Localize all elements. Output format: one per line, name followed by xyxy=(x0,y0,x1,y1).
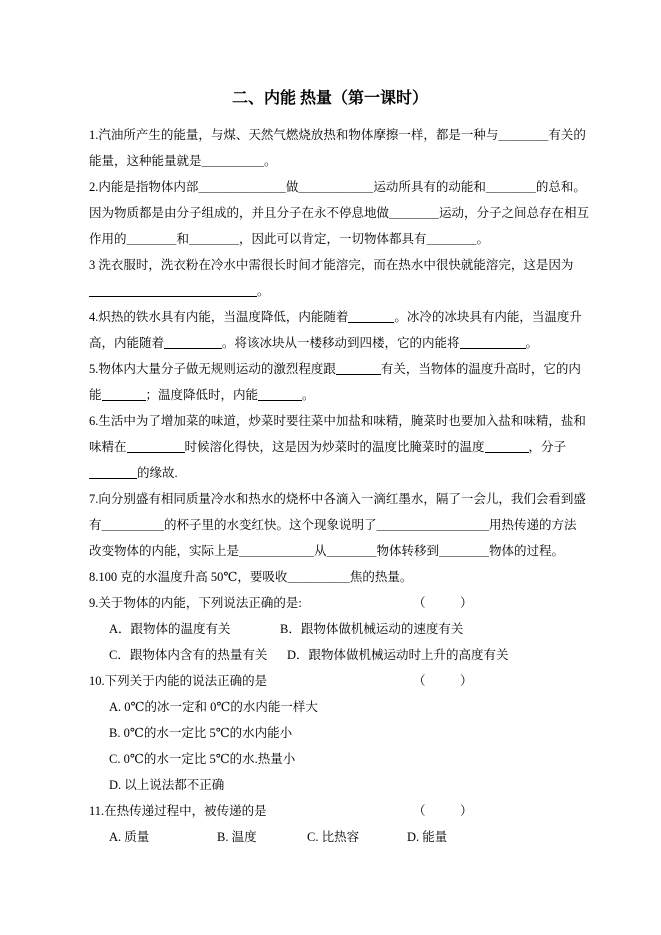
blank-answer-line xyxy=(460,334,526,349)
answer-parens-open: （ xyxy=(413,590,426,616)
question-text: 。 xyxy=(302,388,315,402)
question-4-line-1: 4.炽热的铁水具有内能，当温度降低，内能随着。冰冷的冰块具有内能，当温度升 xyxy=(89,304,571,330)
question-text: 味精在 xyxy=(89,440,127,454)
question-text: 能 xyxy=(89,388,102,402)
question-text: 10.下列关于内能的说法正确的是 xyxy=(89,674,267,688)
question-6-line-3: 的缘故. xyxy=(89,460,571,486)
question-text: 。 xyxy=(257,284,270,298)
question-text: 11.在热传递过程中，被传递的是 xyxy=(89,804,267,818)
question-4: 4.炽热的铁水具有内能，当温度降低，内能随着。冰冷的冰块具有内能，当温度升高，内… xyxy=(89,304,571,356)
question-5: 5.物体内大量分子做无规则运动的激烈程度跟有关，当物体的温度升高时，它的内能；温… xyxy=(89,356,571,408)
question-text: 1.汽油所产生的能量，与煤、天然气燃烧放热和物体摩擦一样，都是一种与＿＿＿＿有关… xyxy=(89,128,586,142)
answer-parens-close: ） xyxy=(460,590,473,616)
blank-answer-line xyxy=(164,334,222,349)
option-d: D．跟物体做机械运动时上升的高度有关 xyxy=(287,642,509,668)
question-text: 因为物质都是由分子组成的，并且分子在永不停息地做＿＿＿＿运动，分子之间总存在相互 xyxy=(89,206,589,220)
option-b: B. 0℃的水一定比 5℃的水内能小 xyxy=(109,720,292,746)
question-text: 4.炽热的铁水具有内能，当温度降低，内能随着 xyxy=(89,310,348,324)
option-a: A. 0℃的冰一定和 0℃的水内能一样大 xyxy=(109,694,318,720)
question-1-line-2: 能量，这种能量就是＿＿＿＿＿。 xyxy=(89,148,571,174)
question-3-line-1: 3 洗衣服时，洗衣粉在冷水中需很长时间才能溶完，而在热水中很快就能溶完，这是因为 xyxy=(89,252,571,278)
question-2: 2.内能是指物体内部＿＿＿＿＿＿＿做＿＿＿＿＿＿运动所具有的动能和＿＿＿＿的总和… xyxy=(89,174,571,252)
question-text: ，分子 xyxy=(529,440,567,454)
blank-answer-line xyxy=(89,464,137,479)
option-a: A. 质量 xyxy=(109,824,149,850)
option-c: C. 比热容 xyxy=(307,824,359,850)
question-text: 6.生活中为了增加菜的味道，炒菜时要往菜中加盐和味精，腌菜时也要加入盐和味精，盐… xyxy=(89,414,586,428)
question-1: 1.汽油所产生的能量，与煤、天然气燃烧放热和物体摩擦一样，都是一种与＿＿＿＿有关… xyxy=(89,122,571,174)
blank-answer-line xyxy=(348,308,394,323)
question-10-line-2: A. 0℃的冰一定和 0℃的水内能一样大 xyxy=(89,694,571,720)
question-7: 7.向分别盛有相同质量冷水和热水的烧杯中各滴入一滴红墨水，隔了一会儿，我们会看到… xyxy=(89,486,571,564)
question-text: 。将该冰块从一楼移动到四楼，它的内能将 xyxy=(222,336,460,350)
question-text: 5.物体内大量分子做无规则运动的激烈程度跟 xyxy=(89,362,336,376)
option-c: C. 0℃的水一定比 5℃的水.热量小 xyxy=(109,746,295,772)
answer-parens-open: （ xyxy=(413,668,426,694)
question-2-line-1: 2.内能是指物体内部＿＿＿＿＿＿＿做＿＿＿＿＿＿运动所具有的动能和＿＿＿＿的总和… xyxy=(89,174,571,200)
option-d: D. 能量 xyxy=(407,824,447,850)
question-text: 有关，当物体的温度升高时，它的内 xyxy=(381,362,581,376)
blank-answer-line xyxy=(485,438,529,453)
question-text: ；温度降低时，内能 xyxy=(146,388,259,402)
question-7-line-1: 7.向分别盛有相同质量冷水和热水的烧杯中各滴入一滴红墨水，隔了一会儿，我们会看到… xyxy=(89,486,571,512)
questions: 1.汽油所产生的能量，与煤、天然气燃烧放热和物体摩擦一样，都是一种与＿＿＿＿有关… xyxy=(89,122,571,850)
answer-parens-close: ） xyxy=(460,798,473,824)
question-1-line-1: 1.汽油所产生的能量，与煤、天然气燃烧放热和物体摩擦一样，都是一种与＿＿＿＿有关… xyxy=(89,122,571,148)
blank-answer-line xyxy=(89,282,257,297)
question-10-line-4: C. 0℃的水一定比 5℃的水.热量小 xyxy=(89,746,571,772)
question-5-line-2: 能；温度降低时，内能。 xyxy=(89,382,571,408)
option-b: B. 温度 xyxy=(217,824,257,850)
question-text: 。冰冷的冰块具有内能，当温度升 xyxy=(394,310,582,324)
question-text: 9.关于物体的内能，下列说法正确的是: xyxy=(89,596,302,610)
question-4-line-2: 高，内能随着。将该冰块从一楼移动到四楼，它的内能将。 xyxy=(89,330,571,356)
question-3: 3 洗衣服时，洗衣粉在冷水中需很长时间才能溶完，而在热水中很快就能溶完，这是因为… xyxy=(89,252,571,304)
question-text: 的缘故. xyxy=(137,466,178,480)
question-text: 2.内能是指物体内部＿＿＿＿＿＿＿做＿＿＿＿＿＿运动所具有的动能和＿＿＿＿的总和… xyxy=(89,180,586,194)
question-11-line-2: A. 质量B. 温度C. 比热容D. 能量 xyxy=(89,824,571,850)
question-text: 作用的＿＿＿＿和＿＿＿＿，因此可以肯定，一切物体都具有＿＿＿＿。 xyxy=(89,232,489,246)
question-3-line-2: 。 xyxy=(89,278,571,304)
question-text: 。 xyxy=(526,336,539,350)
question-6: 6.生活中为了增加菜的味道，炒菜时要往菜中加盐和味精，腌菜时也要加入盐和味精，盐… xyxy=(89,408,571,486)
option-b: B．跟物体做机械运动的速度有关 xyxy=(280,616,463,642)
question-text: 改变物体的内能，实际上是＿＿＿＿＿＿从＿＿＿＿物体转移到＿＿＿＿物体的过程。 xyxy=(89,544,564,558)
option-a: A．跟物体的温度有关 xyxy=(109,616,231,642)
worksheet-page: 二、内能 热量（第一课时） 1.汽油所产生的能量，与煤、天然气燃烧放热和物体摩擦… xyxy=(0,0,661,935)
option-d: D. 以上说法都不正确 xyxy=(109,772,224,798)
question-7-line-3: 改变物体的内能，实际上是＿＿＿＿＿＿从＿＿＿＿物体转移到＿＿＿＿物体的过程。 xyxy=(89,538,571,564)
question-9-line-1: 9.关于物体的内能，下列说法正确的是:（） xyxy=(89,590,571,616)
question-2-line-3: 作用的＿＿＿＿和＿＿＿＿，因此可以肯定，一切物体都具有＿＿＿＿。 xyxy=(89,226,571,252)
question-6-line-2: 味精在时候溶化得快，这是因为炒菜时的温度比腌菜时的温度，分子 xyxy=(89,434,571,460)
question-10: 10.下列关于内能的说法正确的是（）A. 0℃的冰一定和 0℃的水内能一样大B.… xyxy=(89,668,571,798)
question-11: 11.在热传递过程中，被传递的是（）A. 质量B. 温度C. 比热容D. 能量 xyxy=(89,798,571,850)
question-2-line-2: 因为物质都是由分子组成的，并且分子在永不停息地做＿＿＿＿运动，分子之间总存在相互 xyxy=(89,200,571,226)
answer-parens-close: ） xyxy=(460,668,473,694)
question-5-line-1: 5.物体内大量分子做无规则运动的激烈程度跟有关，当物体的温度升高时，它的内 xyxy=(89,356,571,382)
question-7-line-2: 有＿＿＿＿＿的杯子里的水变红快。这个现象说明了＿＿＿＿＿＿＿＿＿用热传递的方法 xyxy=(89,512,571,538)
question-9-line-3: C．跟物体内含有的热量有关D．跟物体做机械运动时上升的高度有关 xyxy=(89,642,571,668)
question-8: 8.100 克的水温度升高 50℃，要吸收＿＿＿＿＿焦的热量。 xyxy=(89,564,571,590)
question-10-line-1: 10.下列关于内能的说法正确的是（） xyxy=(89,668,571,694)
question-text: 7.向分别盛有相同质量冷水和热水的烧杯中各滴入一滴红墨水，隔了一会儿，我们会看到… xyxy=(89,492,586,506)
question-text: 8.100 克的水温度升高 50℃，要吸收＿＿＿＿＿焦的热量。 xyxy=(89,570,412,584)
question-9: 9.关于物体的内能，下列说法正确的是:（）A．跟物体的温度有关B．跟物体做机械运… xyxy=(89,590,571,668)
question-6-line-1: 6.生活中为了增加菜的味道，炒菜时要往菜中加盐和味精，腌菜时也要加入盐和味精，盐… xyxy=(89,408,571,434)
question-11-line-1: 11.在热传递过程中，被传递的是（） xyxy=(89,798,571,824)
option-c: C．跟物体内含有的热量有关 xyxy=(109,642,267,668)
blank-answer-line xyxy=(127,438,185,453)
question-text: 高，内能随着 xyxy=(89,336,164,350)
question-text: 时候溶化得快，这是因为炒菜时的温度比腌菜时的温度 xyxy=(185,440,485,454)
question-10-line-5: D. 以上说法都不正确 xyxy=(89,772,571,798)
question-text: 3 洗衣服时，洗衣粉在冷水中需很长时间才能溶完，而在热水中很快就能溶完，这是因为 xyxy=(89,258,573,272)
blank-answer-line xyxy=(336,360,381,375)
question-text: 能量，这种能量就是＿＿＿＿＿。 xyxy=(89,154,277,168)
question-8-line-1: 8.100 克的水温度升高 50℃，要吸收＿＿＿＿＿焦的热量。 xyxy=(89,564,571,590)
question-text: 有＿＿＿＿＿的杯子里的水变红快。这个现象说明了＿＿＿＿＿＿＿＿＿用热传递的方法 xyxy=(89,518,577,532)
question-10-line-3: B. 0℃的水一定比 5℃的水内能小 xyxy=(89,720,571,746)
blank-answer-line xyxy=(102,386,146,401)
blank-answer-line xyxy=(258,386,302,401)
page-title: 二、内能 热量（第一课时） xyxy=(89,86,571,112)
answer-parens-open: （ xyxy=(413,798,426,824)
question-9-line-2: A．跟物体的温度有关B．跟物体做机械运动的速度有关 xyxy=(89,616,571,642)
